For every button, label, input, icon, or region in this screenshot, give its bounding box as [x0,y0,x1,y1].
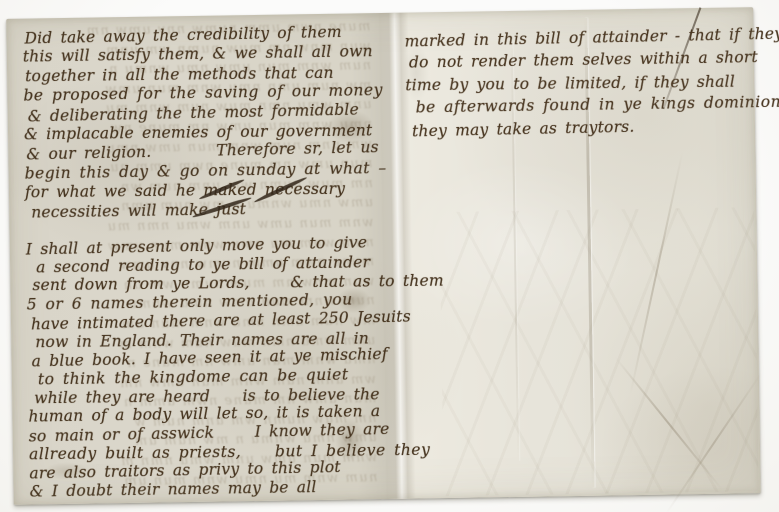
crease-line [629,151,683,396]
crease-line [614,357,722,490]
crease-line [665,372,762,512]
paper-wrinkles [439,207,758,496]
photo-backdrop: mune nwm umm numw nnv umw nmwun mnw nm m… [0,0,779,512]
left-page-paragraph-1: Did take away the credibility of themthi… [22,23,377,223]
handwriting-line: necessities will make just [31,198,377,223]
manuscript-sheet: mune nwm umm numw nnv umw nmwun mnw nm m… [6,7,761,505]
right-page-paragraph: marked in this bill of attainder - that … [404,24,754,141]
left-page-paragraph-2: I shall at present only move you to give… [26,234,382,501]
